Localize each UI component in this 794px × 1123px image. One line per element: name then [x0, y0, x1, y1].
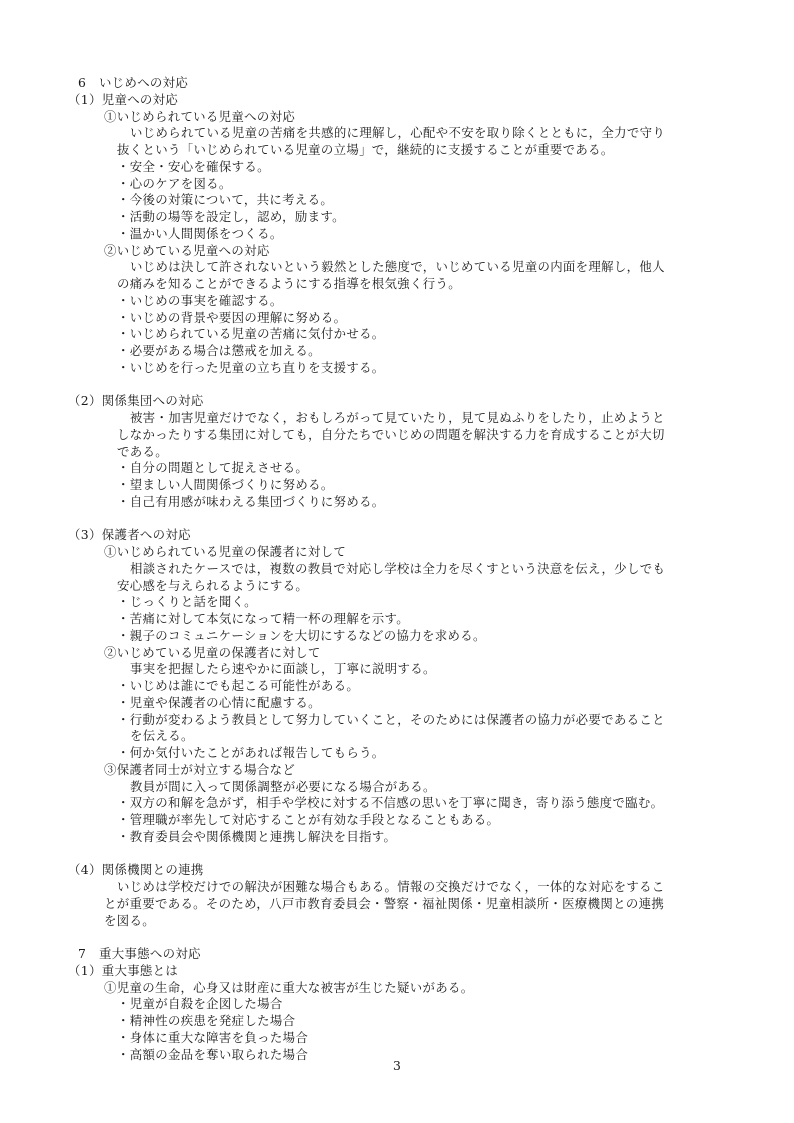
text-line: ・温かい人間関係をつくる。 — [117, 226, 283, 243]
text-line: ・必要がある場合は懲戒を加える。 — [117, 343, 321, 360]
text-line: （4）関係機関との連携 — [68, 862, 204, 879]
text-line: ・苦痛に対して本気になって精一杯の理解を示す。 — [117, 611, 409, 628]
text-line: ・児童が自殺を企図した場合 — [117, 996, 283, 1013]
page-number: 3 — [0, 1058, 794, 1073]
text-line: ②いじめている児童の保護者に対して — [104, 645, 321, 662]
text-line: （2）関係集団への対応 — [68, 393, 204, 410]
text-line: いじめられている児童の苦痛を共感的に理解し，心配や不安を取り除くとともに，全力で… — [130, 125, 665, 142]
text-line: ・いじめは誰にでも起こる可能性がある。 — [117, 678, 359, 695]
text-line: 事実を把握したら速やかに面談し，丁寧に説明する。 — [130, 661, 436, 678]
text-line: ・管理職が率先して対応することが有効な手段となることもある。 — [117, 812, 499, 829]
text-line: いじめは決して許されないという毅然とした態度で，いじめている児童の内面を理解し，… — [130, 259, 665, 276]
text-line: ・精神性の疾患を発症した場合 — [117, 1013, 295, 1030]
text-line: （1）重大事態とは — [68, 963, 178, 980]
text-line: ・心のケアを図る。 — [117, 176, 232, 193]
text-line: 被害・加害児童だけでなく，おもしろがって見ていたり，見て見ぬふりをしたり，止めよ… — [130, 410, 665, 427]
text-line: ・今後の対策について，共に考える。 — [117, 192, 333, 209]
text-line: 安心感を与えられるようにする。 — [117, 578, 308, 595]
text-line: ②いじめている児童への対応 — [104, 243, 270, 260]
text-line: の痛みを知ることができるようにする指導を根気強く行う。 — [117, 276, 461, 293]
text-line: ・児童や保護者の心情に配慮する。 — [117, 695, 321, 712]
text-line: ・安全・安心を確保する。 — [117, 159, 270, 176]
text-line: 7 重大事態への対応 — [78, 946, 201, 963]
text-line: 抜くという「いじめられている児童の立場」で，継続的に支援することが重要である。 — [117, 142, 614, 159]
text-line: ①いじめられている児童の保護者に対して — [104, 544, 346, 561]
text-line: ・何か気付いたことがあれば報告してもらう。 — [117, 745, 385, 762]
text-line: ③保護者同士が対立する場合など — [104, 762, 295, 779]
text-line: ・自己有用感が味わえる集団づくりに努める。 — [117, 494, 385, 511]
text-line: ・望ましい人間関係づくりに努める。 — [117, 477, 334, 494]
text-line: である。 — [117, 444, 168, 461]
text-line: 教員が間に入って関係調整が必要になる場合がある。 — [130, 779, 436, 796]
text-line: とが重要である。そのため，八戸市教育委員会・警察・福祉関係・児童相談所・医療機関… — [104, 896, 664, 913]
text-line: ・親子のコミュニケーションを大切にするなどの協力を求める。 — [117, 628, 486, 645]
text-line: ・双方の和解を急がず，相手や学校に対する不信感の思いを丁寧に聞き，寄り添う態度で… — [117, 795, 663, 812]
text-line: ・行動が変わるよう教員として努力していくこと，そのためには保護者の協力が必要であ… — [117, 712, 665, 729]
text-line: いじめは学校だけでの解決が困難な場合もある。情報の交換だけでなく，一体的な対応を… — [117, 879, 665, 896]
text-line: ・活動の場等を設定し，認め，励ます。 — [117, 209, 345, 226]
text-line: 相談されたケースでは，複数の教員で対応し学校は全力を尽くすという決意を伝え，少し… — [130, 561, 665, 578]
text-line: ・いじめられている児童の苦痛に気付かせる。 — [117, 326, 385, 343]
text-line: ・じっくりと話を聞く。 — [117, 594, 257, 611]
text-line: ・教育委員会や関係機関と連携し解決を目指す。 — [117, 829, 396, 846]
text-line: ①児童の生命，心身又は財産に重大な被害が生じた疑いがある。 — [104, 980, 473, 997]
text-line: ①いじめられている児童への対応 — [104, 109, 295, 126]
text-line: （1）児童への対応 — [68, 92, 178, 109]
text-line: を伝える。 — [130, 728, 194, 745]
text-line: を図る。 — [104, 913, 155, 930]
text-line: ・いじめの事実を確認する。 — [117, 293, 283, 310]
text-line: ・いじめの背景や要因の理解に努める。 — [117, 310, 346, 327]
text-line: （3）保護者への対応 — [68, 527, 191, 544]
text-line: 6 いじめへの対応 — [78, 75, 188, 92]
text-line: ・自分の問題として捉えさせる。 — [117, 460, 308, 477]
text-line: ・いじめを行った児童の立ち直りを支援する。 — [117, 360, 385, 377]
text-line: しなかったりする集団に対しても，自分たちでいじめの問題を解決する力を育成すること… — [117, 427, 665, 444]
text-line: ・身体に重大な障害を負った場合 — [117, 1030, 308, 1047]
